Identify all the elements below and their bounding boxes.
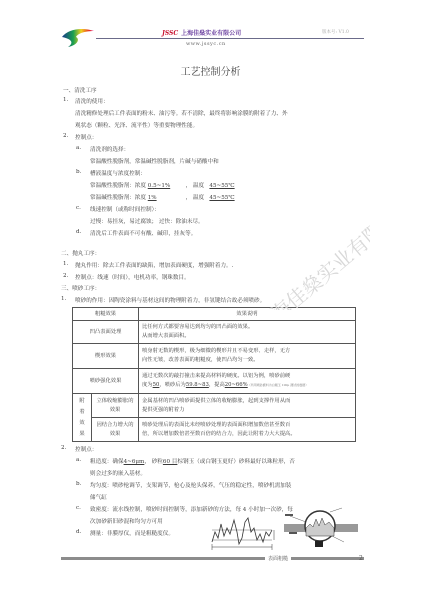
item-title: 清洗的使用：: [75, 97, 109, 105]
section-heading: 二、抛丸工序：: [61, 249, 100, 257]
section-heading: 三、喷砂工序：: [61, 284, 100, 292]
page-title: 工艺控制分析: [0, 63, 421, 78]
item-number: 2.: [63, 273, 68, 279]
concentration-value: 1%: [148, 195, 184, 201]
description-line: 从而增大表面面积。: [142, 332, 352, 341]
paragraph-line: 控制点：线速（时间），电机功率，钢珠数目。: [75, 273, 190, 281]
text: ，喷砂后为: [159, 382, 186, 388]
effect-cell: 楔形效果: [73, 344, 139, 369]
sub-title: 线速控制（或称时间控制）：: [90, 205, 160, 213]
effect-cell: 凹凸表面处理: [73, 321, 139, 344]
temp-label: ， 温度: [186, 195, 205, 201]
description-line: 金属基材的凹凸喷砂面提供立体的收缩膨胀，起到支撑作用从而: [142, 397, 352, 406]
footer-caption: 表面粗糙: [265, 555, 291, 562]
table-row: 凹凸表面处理 比任何方式都要容易达到均匀的凹凸面的效果。 从而增大表面面积。: [73, 321, 356, 344]
text: ， 砂粒: [144, 459, 163, 465]
paragraph-line: 测量：非膜厚仪，而是粗糙度仪。: [90, 529, 174, 537]
document-page: JSSC上海佳燊实业有限公司 www.jssyc.cn 版本号: V1.0 工艺…: [0, 0, 421, 600]
text: ，提高: [209, 382, 225, 388]
paragraph-line: 储气缸: [90, 493, 107, 501]
table-row: 楔形效果 喷身射无数的楔形，极为细微的楔形并且不易变形、走样，无方 向性无皱，改…: [73, 344, 356, 369]
sub-label: c.: [76, 205, 81, 211]
item-number: 2.: [61, 445, 66, 451]
paragraph-line: 粗造度：确保4~6μm， 砂粒60 目棕钢玉（或白钢玉更好）砂料最好以珠粒形，否: [90, 457, 295, 465]
concentration-value: 0.5~1%: [148, 183, 184, 189]
company-label: 上海佳燊实业有限公司: [181, 30, 241, 37]
temperature-value: 45~55℃: [209, 183, 239, 189]
sub-label: a.: [76, 457, 81, 463]
page-number: 2: [359, 555, 363, 562]
website-url: www.jssyc.cn: [186, 41, 226, 47]
header-rule: [96, 38, 364, 39]
concentration-row: 常温碱性脱脂剂：浓度 1% ， 温度 45~55℃: [90, 193, 239, 201]
description-cell: 比任何方式都要容易达到均匀的凹凸面的效果。 从而增大表面面积。: [139, 321, 356, 344]
magnifier-diagram: [282, 506, 362, 552]
paragraph-line: 过慢：易挂灰，易过腐蚀； 过快：除油未尽。: [90, 217, 204, 225]
item-title: 控制点：: [75, 445, 97, 453]
description-line: 喷砂处理后的表面比未经喷砂处理的表面面积增加数倍甚至数百: [142, 421, 352, 430]
paragraph-line: 抛丸作用：除去工件表面的缺陷，增加表面硬度，增强附着力。.: [75, 261, 233, 269]
sub-label: b.: [76, 169, 81, 175]
temperature-value: 45~55℃: [209, 195, 239, 201]
table-header: 粗糙效果: [73, 308, 139, 321]
effect-cell: 立体收缩膨胀的效果: [92, 394, 139, 418]
concentration-row: 常温酸性脱脂剂：浓度 0.5~1% ， 温度 45~55℃: [90, 181, 239, 189]
row-prefix: 常温碱性脱脂剂：浓度: [90, 195, 146, 201]
footer-rule: [61, 557, 364, 560]
description-line: 向性无皱，改善表面的粗糙度，使凹凸均匀一致。: [142, 356, 352, 365]
sub-title: 槽液温度与浓度控制：: [90, 169, 146, 177]
table-header: 效果说明: [139, 308, 356, 321]
description-line: 度为50，喷砂后为59.8~83，提高20~66%（所用喷砂磨料为白刚玉 100…: [142, 381, 352, 390]
row-prefix: 常温酸性脱脂剂：浓度: [90, 183, 146, 189]
item-number: 1.: [63, 261, 68, 267]
group-label-cell: 附着效果: [73, 394, 92, 442]
footnote: （所用喷砂磨料为白刚玉 100μ 测试的数据）: [248, 383, 309, 387]
effect-cell: 因结合力增大的效果: [92, 418, 139, 442]
text: 棕钢玉（或白钢玉更好）砂料最好以珠粒形，否: [177, 459, 294, 465]
paragraph-line: 观状态（颗粒、光泽、流平性）等重要物理性能。: [75, 121, 198, 129]
sub-label: b.: [76, 481, 81, 487]
item-title: 控制点：: [75, 133, 97, 141]
text: 度为: [142, 382, 153, 388]
description-line: 倍，所以增加数倍甚至数百倍的结合力，因此让附着力大大提高。: [142, 430, 352, 439]
description-cell: 喷砂处理后的表面比未经喷砂处理的表面面积增加数倍甚至数百 倍，所以增加数倍甚至数…: [139, 418, 356, 442]
watermark-text: 上海佳燊实业有限公司: [251, 192, 370, 310]
company-name: JSSC上海佳燊实业有限公司: [162, 28, 241, 37]
sub-title: 清洗剂的选择：: [90, 145, 129, 153]
temp-label: ， 温度: [186, 183, 205, 189]
effect-cell: 喷砂强化效果: [73, 369, 139, 394]
paragraph-line: 均匀度：喷砂枪调节，支架调节，枪心及枪头保养，气压的稳定性，喷砂机需加装: [90, 481, 291, 489]
paragraph-line: 则会过多的嵌入基材。: [90, 469, 146, 477]
sub-label: d.: [76, 529, 81, 535]
section-heading: 一、清洗工序: [63, 86, 97, 94]
table-row: 因结合力增大的效果 喷砂处理后的表面比未经喷砂处理的表面面积增加数倍甚至数百 倍…: [73, 418, 356, 442]
paragraph-line: 清洗后工件表面不可有酸、碱印，挂灰等。: [90, 229, 196, 237]
paragraph-line: 喷砂的作用：因陶瓷涂料与基材这间的物理附着力，非氢键结合故必须喷砂。: [75, 296, 265, 304]
item-number: 1.: [63, 97, 68, 103]
roughness-profile-diagram: [210, 510, 288, 552]
description-line: 提供更强的附着力: [142, 406, 352, 415]
table-row: 喷砂强化效果 通过无数次的敲打撞击来提高材料的硬度。以铝为例，喷砂前硬 度为50…: [73, 369, 356, 394]
paragraph-line: 次加砂新旧砂混和均匀方可用: [90, 517, 163, 525]
item-number: 2.: [63, 133, 68, 139]
company-logo-icon: [60, 27, 98, 49]
roughness-value: 4~6μm: [124, 459, 145, 465]
doc-number: 版本号: V1.0: [322, 29, 349, 35]
description-cell: 通过无数次的敲打撞击来提高材料的硬度。以铝为例，喷砂前硬 度为50，喷砂后为59…: [139, 369, 356, 394]
description-cell: 金属基材的凹凸喷砂面提供立体的收缩膨胀，起到支撑作用从而 提供更强的附着力: [139, 394, 356, 418]
sub-label: c.: [76, 505, 81, 511]
paragraph-line: 常温酸性脱脂剂，常温碱性脱脂剂，片碱与硝酸中和: [90, 157, 219, 165]
hardness-after: 59.8~83: [186, 382, 209, 388]
paragraph-line: 清洗精修处理后工件表面的粉末、油污等。若不清除，最终将影响涂膜的附着了力、外: [75, 109, 288, 117]
description-cell: 喷身射无数的楔形，极为细微的楔形并且不易变形、走样，无方 向性无皱，改善表面的粗…: [139, 344, 356, 369]
item-number: 1.: [61, 296, 66, 302]
description-line: 比任何方式都要容易达到均匀的凹凸面的效果。: [142, 323, 352, 332]
sub-label: d.: [76, 229, 81, 235]
table-header-row: 粗糙效果 效果说明: [73, 308, 356, 321]
brand-abbr: JSSC: [162, 30, 178, 37]
description-line: 通过无数次的敲打撞击来提高材料的硬度。以铝为例，喷砂前硬: [142, 372, 352, 381]
hardness-increase: 20~66%: [225, 382, 248, 388]
sub-label: a.: [76, 145, 81, 151]
description-line: 喷身射无数的楔形，极为细微的楔形并且不易变形、走样，无方: [142, 347, 352, 356]
roughness-effects-table: 粗糙效果 效果说明 凹凸表面处理 比任何方式都要容易达到均匀的凹凸面的效果。 从…: [72, 307, 356, 442]
table-row: 附着效果 立体收缩膨胀的效果 金属基材的凹凸喷砂面提供立体的收缩膨胀，起到支撑作…: [73, 394, 356, 418]
group-label: 附着效果: [79, 396, 85, 440]
grit-value: 60 目: [163, 459, 178, 465]
text: 粗造度：确保: [90, 459, 124, 465]
